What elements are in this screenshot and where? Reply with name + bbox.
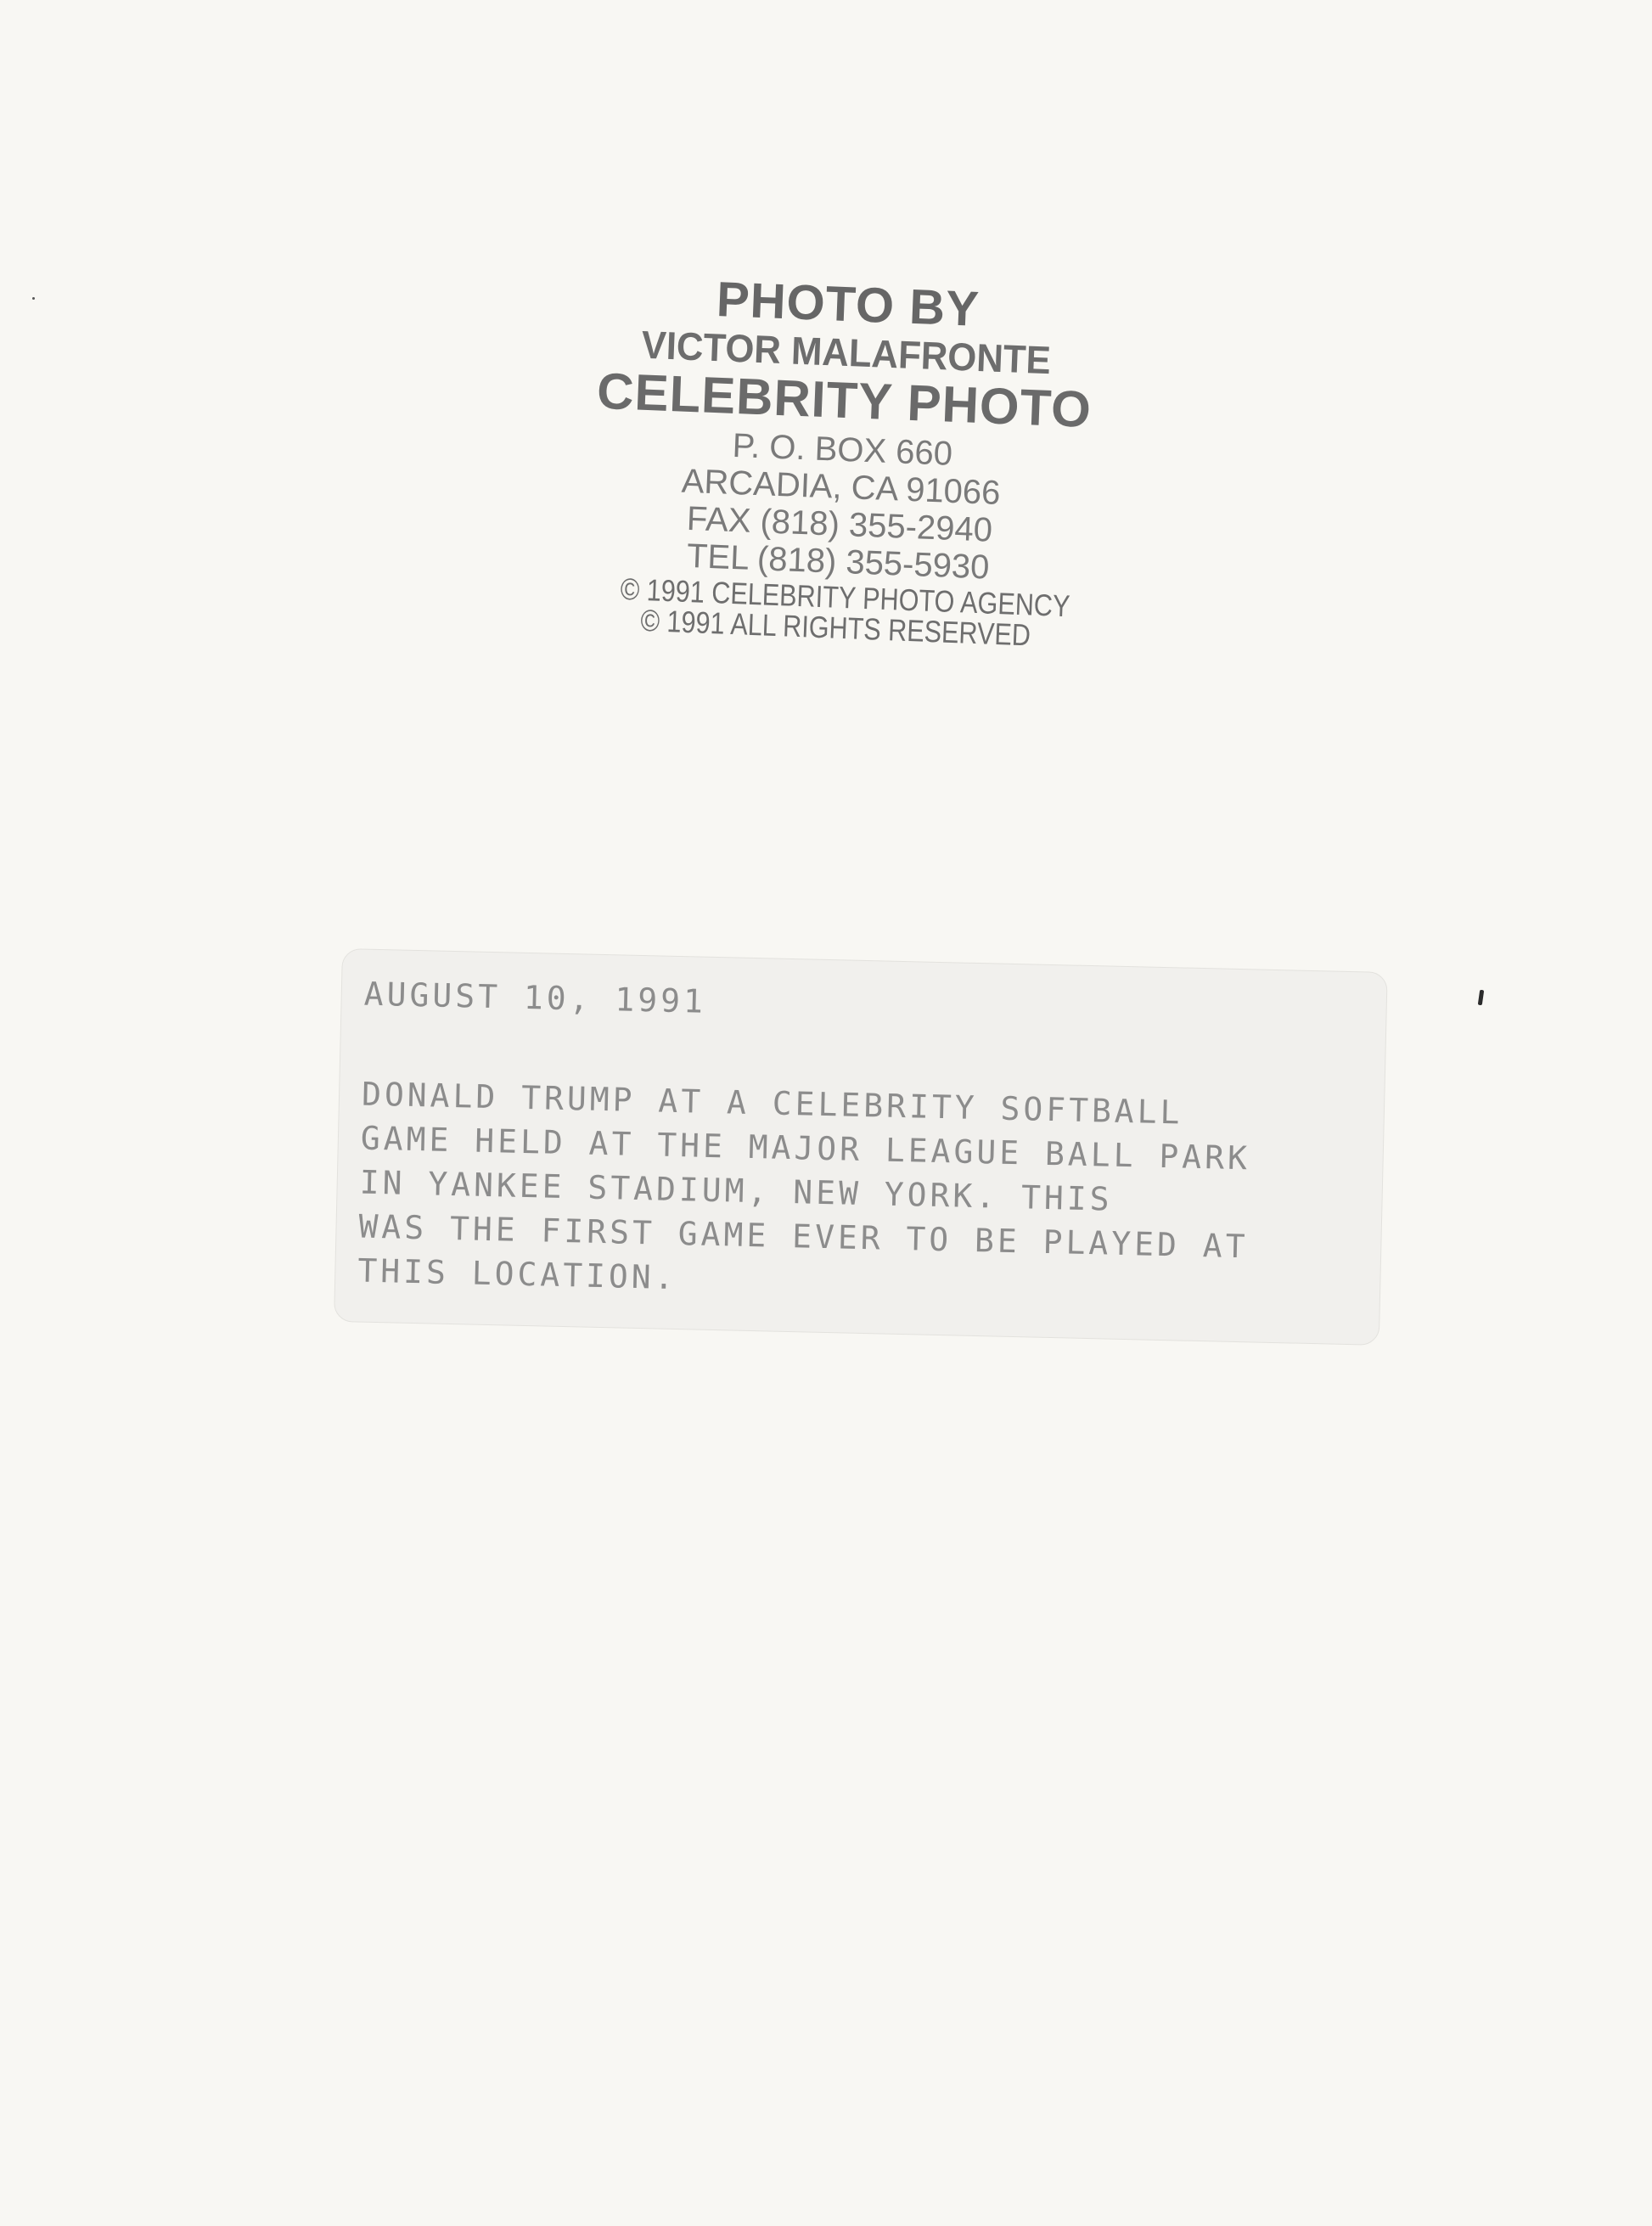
caption-label: AUGUST 10, 1991 DONALD TRUMP AT A CELEBR… [334,948,1388,1346]
caption-text: DONALD TRUMP AT A CELEBRITY SOFTBALL GAM… [357,1072,1363,1316]
paper-speck [32,297,35,300]
caption-date: AUGUST 10, 1991 [363,975,1364,1036]
photographer-stamp: PHOTO BY VICTOR MALAFRONTE CELEBRITY PHO… [581,270,1104,653]
ink-mark [1478,990,1484,1006]
